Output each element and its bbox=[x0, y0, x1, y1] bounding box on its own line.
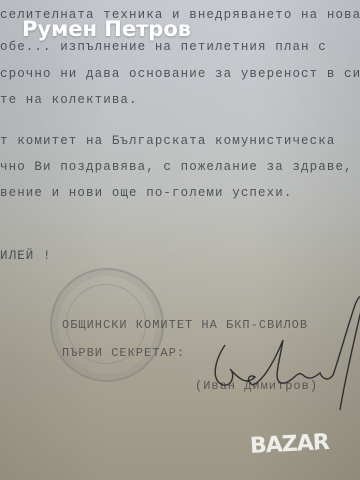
handwritten-signature-icon bbox=[205, 285, 360, 415]
bazar-logo: BAZAR bbox=[249, 430, 329, 459]
doc-line-5: т комитет на Българската комунистическа bbox=[0, 134, 335, 148]
doc-line-3: срочно ни дава основание за увереност в … bbox=[0, 67, 360, 81]
doc-line-6: чно Ви поздравява, с пожелание за здраве… bbox=[0, 160, 353, 174]
doc-line-2: обе... изпълнение на петилетния план с bbox=[0, 40, 327, 54]
doc-line-8: ИЛЕЙ ! bbox=[0, 249, 52, 263]
doc-line-7: вение и нови още по-големи успехи. bbox=[0, 186, 292, 200]
doc-line-4: те на колектива. bbox=[0, 93, 138, 107]
seller-name-watermark: Румен Петров bbox=[22, 17, 191, 41]
signature-title: ПЪРВИ СЕКРЕТАР: bbox=[62, 346, 185, 360]
